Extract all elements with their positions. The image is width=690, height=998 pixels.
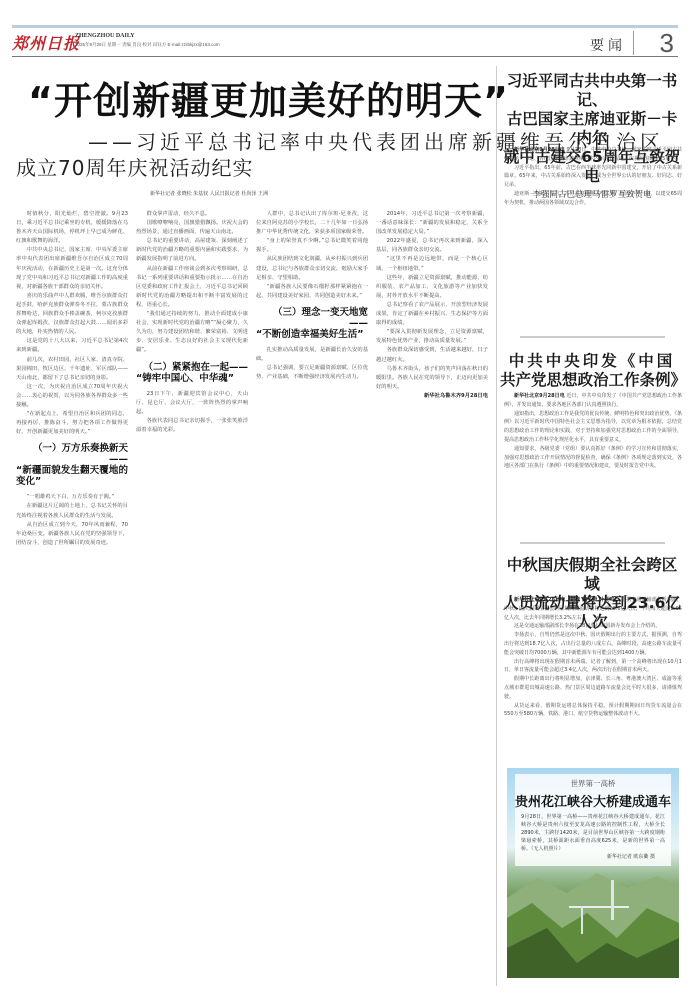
paragraph: 中共中央总书记、国家主席、中央军委主席率中央代表团出席新疆维吾尔自治区成立70周…	[16, 246, 128, 291]
paragraph: 扎实推动高质量发展，是新疆长治久安的基础。	[256, 346, 368, 364]
paragraph: 新华社北京9月28日电（记者 魏弘毅 叶昊鸣） 根据交通运输部分析预测，中秋、国…	[504, 596, 682, 622]
story-xi-cuba-body: 新华社北京9月28日电 9月28日，中共中央总书记、国家主席习近平同古共中央第一…	[504, 146, 682, 322]
section-divider	[633, 31, 634, 55]
paragraph: 这一次，为庆祝自治区成立70周年庆祝大会……衷心的祝贺，以为同各族各界群众多一些…	[16, 383, 128, 410]
paragraph: 群众掌声雷动，经久不息。	[136, 210, 248, 219]
paragraph: “这里不再是边远地带，而是一个核心区域、一个枢纽地带。”	[376, 255, 488, 273]
article-column-1: 时值秋分，阳光灿烂，碧空澄澈。9月23日，乘习近平总书记乘坐的专机，缓缓降落在乌…	[16, 210, 128, 990]
paragraph: 这些年，新疆立足资源禀赋，推动能源、纺织服装、农产品加工、文化旅游等产业加快发展…	[376, 274, 488, 301]
paragraph: 通知要求，各级党委（党组）要认真抓好《条例》的学习宣传和贯彻落实，加强对思想政治…	[504, 445, 682, 471]
paragraph: 人群中，总书记认出了库尔班·尼亚孜，这位来自阿克苏的小学校长，二十几年如一日弘扬…	[256, 210, 368, 237]
photo-caption-box: 世界第一高桥 贵州花江峡谷大桥建成通车 9月28日，世界第一高桥——贵州花江峡谷…	[515, 774, 671, 866]
paragraph: 从民族团结到文化润疆，从乡村振兴到兵团建设，总书记与各族群众亲切交流，勉励大家手…	[256, 255, 368, 282]
story-holiday-travel-body: 新华社北京9月28日电（记者 魏弘毅 叶昊鸣） 根据交通运输部分析预测，中秋、国…	[504, 596, 682, 758]
newspaper-name-en: ZHENGZHOU DAILY	[75, 33, 135, 39]
headline-line: 中共中央印发《中国	[500, 352, 684, 371]
paragraph: 从前在新疆工作座谈会到多次考察调研，总书记一系列重要讲话和重要指示批示……在自治…	[136, 265, 248, 310]
story-separator	[520, 336, 665, 338]
paragraph: “在新起点上，希望自治区和兵团的同志，再接再厉，推陈奋斗，努力把各项工作做得更好…	[16, 410, 128, 437]
headline-line: 古巴国家主席迪亚斯－卡内尔	[500, 110, 684, 148]
subtitle-line: “不断创造幸福美好生活”	[256, 329, 368, 340]
bridge-photo-feature: 世界第一高桥 贵州花江峡谷大桥建成通车 9月28日，世界第一高桥——贵州花江峡谷…	[507, 768, 679, 978]
paragraph: 时值秋分，阳光灿烂，碧空澄澈。9月23日，乘习近平总书记乘坐的专机，缓缓降落在乌…	[16, 210, 128, 246]
article-column-4: 2014年，习近平总书记第一次考察新疆，一番话意味深长：“新疆的发展和稳定，关系…	[376, 210, 488, 990]
main-byline: 新华社记者 张晓松 朱基钗 人民日报记者 杜尚泽 王洲	[150, 190, 268, 197]
column-divider	[496, 66, 497, 986]
subtitle-line: （一）万方乐奏换新天——	[16, 443, 128, 465]
caption-text: 9月28日，世界第一高桥——贵州花江峡谷大桥建成通车。花江峡谷大桥是贵州六枝至安…	[521, 814, 665, 852]
dateline: 新华社北京9月28日电	[514, 393, 565, 399]
section-name: 要闻	[590, 35, 626, 55]
issue-date-line: 2025年9月29日 星期一 责编 肖良 校对 田钰方 E-mail:zzrbk…	[75, 42, 220, 48]
paragraph: “要深入贯彻新发展理念，立足资源禀赋，发展特色优势产业，推动高质量发展。”	[376, 328, 488, 346]
paragraph: 2014年，习近平总书记第一次考察新疆，一番话意味深长：“新疆的发展和稳定，关系…	[376, 210, 488, 237]
paragraph: “我们通过持续的努力，推动全面建成小康社会，实现新时代党的治疆方略”“凝心聚力，…	[136, 310, 248, 355]
paragraph: 假期中长距离出行将明显增加，京津冀、长三角、粤港澳大湾区、成渝等重点城市群进出城…	[504, 675, 682, 701]
headline-line: 习近平同古共中央第一书记、	[500, 72, 684, 110]
paragraph: 李扬表示，自驾仍然是这次中秋、国庆假期出行的主要方式。据预测，自驾出行将达到18…	[504, 631, 682, 657]
main-subhead-line2: 成立70周年庆祝活动纪实	[16, 152, 253, 181]
paragraph: 在新疆这片辽阔的土地上，总书记关怀的目光始终注视着各族人民群众的生活与发展。	[16, 502, 128, 520]
paragraph: 出行高峰将出现在假期首末两端。记者了解到，第一个高峰将出现在10月1日，单日客流…	[504, 658, 682, 676]
page-number: 3	[660, 28, 674, 59]
headline-line: 中秋国庆假期全社会跨区域	[500, 556, 684, 594]
paragraph: 通知指出，思想政治工作是我党的优良传统、鲜明特色和突出政治优势。《条例》以习近平…	[504, 410, 682, 445]
section-subtitle-3: （三）理念一变天地宽—— “不断创造幸福美好生活”	[256, 307, 368, 340]
section-subtitle-2: （二）紧紧抱在一起—— “铸牢中国心、中华魂”	[136, 362, 248, 384]
paragraph: 从自治区成立到今天，70年风雨兼程，70年沧桑巨变。新疆各族人民在党的坚强领导下…	[16, 521, 128, 548]
paragraph: 新华社北京9月28日电 9月28日，中共中央总书记、国家主席习近平同古共中央第一…	[504, 146, 682, 164]
photo-title: 贵州花江峡谷大桥建成通车	[515, 791, 671, 810]
paragraph: 新华社北京9月28日电 近日，中共中央印发了《中国共产党思想政治工作条例》，并发…	[504, 392, 682, 410]
paragraph: 23日下午，新疆迎宾馆会议中心，天山厅、昆仑厅、会议大厅，一阵阵热烈的掌声响起。	[136, 390, 248, 417]
masthead-top-bar	[12, 25, 678, 28]
story-regulations-header: 中共中央印发《中国 共产党思想政治工作条例》	[500, 352, 684, 390]
photo-kicker: 世界第一高桥	[515, 778, 671, 789]
paragraph: 国歌嘹嘹响亮，国旗猎猎飘扬。庆祝大会的热烈场景，通过直播画面，传遍天山南北。	[136, 219, 248, 237]
paragraph: 2022年盛夏，总书记再次来到新疆，深入基层，同各族群众亲切交流。	[376, 237, 488, 255]
paragraph: 这是党的十八大以来，习近平总书记第4次来到新疆。	[16, 337, 128, 355]
paragraph: 乌鲁木齐街头，孩子们的笑声回荡在秋日的暖阳里。各族人民在党的领导下，正迈向更加美…	[376, 365, 488, 392]
photo-credit: 新华社记者 欧东衢 摄	[521, 853, 665, 861]
photo-caption: 9月28日，世界第一高桥——贵州花江峡谷大桥建成通车。花江峡谷大桥是贵州六枝至安…	[515, 810, 671, 861]
paragraph: 各族群众深切感受到，生活越来越好，日子越过越红火。	[376, 346, 488, 364]
story-separator	[520, 542, 665, 544]
paragraph: 习近平指出，65年前，古巴在西半球率先同新中国建交，开启了中古关系新篇章。65年…	[504, 164, 682, 190]
paragraph: “一唱雄鸡天下白，万方乐奏有于阗。”	[16, 493, 128, 502]
paragraph: 前几次，农村田园、社区人家、清真寺院、果园棉田、牧区边区、千年遗址、军区部队——…	[16, 356, 128, 383]
paragraph: 各族代表同总书记亲切握手，一张张笑脸洋溢着幸福的光彩。	[136, 417, 248, 435]
paragraph: 总书记强调，要立足新疆资源禀赋、区位优势、产业基础，不断增强经济发展内生动力。	[256, 364, 368, 382]
article-column-2: 群众掌声雷动，经久不息。 国歌嘹嘹响亮，国旗猎猎飘扬。庆祝大会的热烈场景，通过直…	[136, 210, 248, 990]
paragraph: 这是交通运输部副部长李扬在28日举行的国新办发布会上介绍的。	[504, 622, 682, 631]
paragraph: “身上的荣誉真不少啊。”总书记微笑着同他握手。	[256, 237, 368, 255]
article-dateline: 新华社乌鲁木齐9月28日电	[376, 392, 488, 401]
article-column-3: 人群中，总书记认出了库尔班·尼亚孜，这位来自阿克苏的小学校长，二十几年如一日弘扬…	[256, 210, 368, 990]
masthead-rule	[12, 56, 678, 57]
paragraph: 从货运来看，假期货运将总体保持平稳。预计假期期间日均货车流量会在550万至580…	[504, 702, 682, 720]
paragraph: 总书记察看了农产品展示、开放型经济发展成果，肯定了新疆在乡村振兴、生态保护等方面…	[376, 301, 488, 328]
paragraph: 迪亚斯－卡内尔表示，古方高度重视古中关系，愿同中方一道，以建交65周年为契机，推…	[504, 190, 682, 208]
subtitle-line: （二）紧紧抱在一起——	[136, 362, 248, 373]
dateline: 新华社北京9月28日电（记者 魏弘毅 叶昊鸣）	[514, 597, 620, 603]
headline-line: 共产党思想政治工作条例》	[500, 371, 684, 390]
section-subtitle-1: （一）万方乐奏换新天—— “新疆面貌发生翻天覆地的变化”	[16, 443, 128, 487]
paragraph: 总书记的重要讲话，高屋建瓴、深刻阐述了新时代党的治疆方略的重要内涵和实践要求，为…	[136, 237, 248, 264]
main-headline: “开创新疆更加美好的明天”	[28, 70, 509, 125]
paragraph: 喜庆的乐曲声中人群欢腾，维吾尔族群众打起手鼓，哈萨克族群众弹奏冬不拉，蒙古族群众…	[16, 292, 128, 337]
paragraph: “新疆各族人民要像石榴籽那样紧紧抱在一起，共同建设美好家园、共同创造美好未来。”	[256, 283, 368, 301]
valley-bridge-illustration	[507, 868, 679, 978]
story-regulations-body: 新华社北京9月28日电 近日，中共中央印发了《中国共产党思想政治工作条例》，并发…	[504, 392, 682, 532]
dateline: 新华社北京9月28日电	[514, 147, 565, 153]
subtitle-line: “铸牢中国心、中华魂”	[136, 373, 248, 384]
subtitle-line: （三）理念一变天地宽——	[256, 307, 368, 329]
newspaper-logo: 郑州日报	[12, 31, 80, 54]
masthead: 郑州日报 ZHENGZHOU DAILY 2025年9月29日 星期一 责编 肖…	[12, 31, 678, 55]
subtitle-line: “新疆面貌发生翻天覆地的变化”	[16, 465, 128, 487]
